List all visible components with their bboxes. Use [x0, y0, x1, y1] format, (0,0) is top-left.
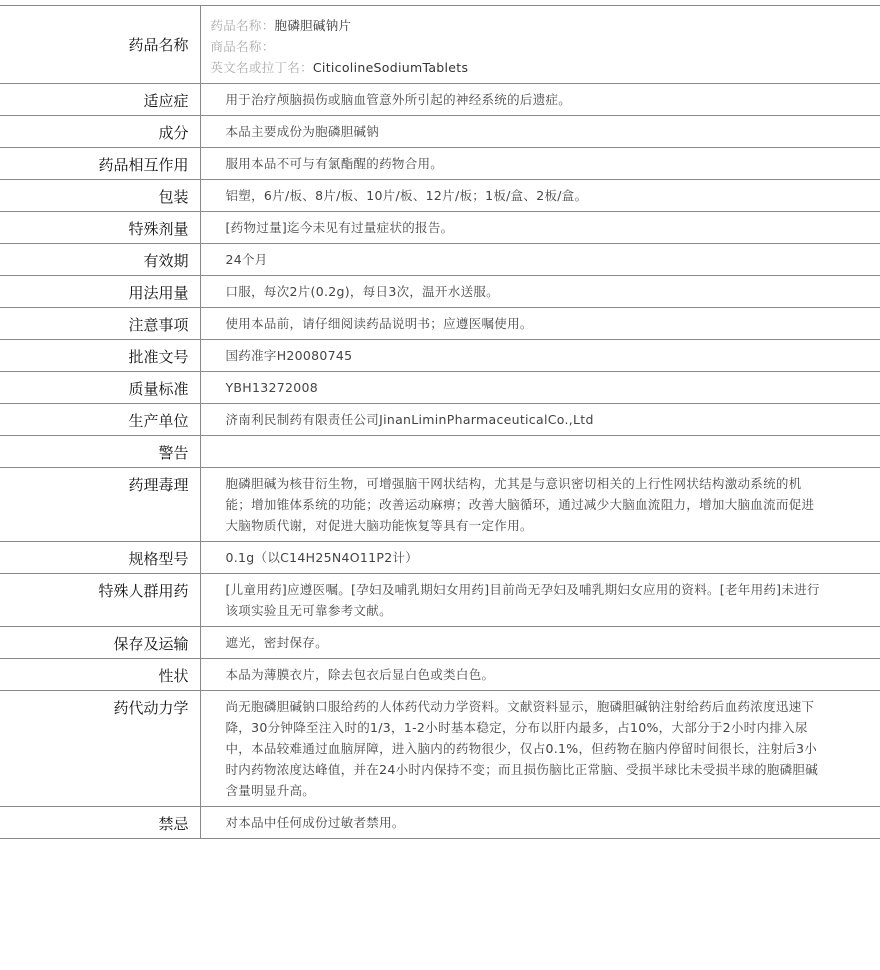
row-label: 包装 — [0, 180, 200, 212]
row-label: 注意事项 — [0, 308, 200, 340]
row-ingredients: 成分 本品主要成份为胞磷胆碱钠 — [0, 116, 880, 148]
row-value: 使用本品前，请仔细阅读药品说明书；应遵医嘱使用。 — [200, 308, 880, 340]
row-pharmacokinetics: 药代动力学 尚无胞磷胆碱钠口服给药的人体药代动力学资料。文献资料显示，胞磷胆碱钠… — [0, 691, 880, 807]
row-shelf-life: 有效期 24个月 — [0, 244, 880, 276]
row-label: 药代动力学 — [0, 691, 200, 807]
row-dosage: 用法用量 口服，每次2片(0.2g)，每日3次，温开水送服。 — [0, 276, 880, 308]
row-storage: 保存及运输 遮光，密封保存。 — [0, 627, 880, 659]
row-label: 适应症 — [0, 84, 200, 116]
row-warning: 警告 — [0, 436, 880, 468]
row-interactions: 药品相互作用 服用本品不可与有氯酯醒的药物合用。 — [0, 148, 880, 180]
row-label: 保存及运输 — [0, 627, 200, 659]
row-value: 胞磷胆碱为核苷衍生物，可增强脑干网状结构，尤其是与意识密切相关的上行性网状结构激… — [200, 468, 880, 542]
english-name-line: 英文名或拉丁名：CiticolineSodiumTablets — [211, 57, 821, 78]
row-precautions: 注意事项 使用本品前，请仔细阅读药品说明书；应遵医嘱使用。 — [0, 308, 880, 340]
row-value: [儿童用药]应遵医嘱。[孕妇及哺乳期妇女用药]目前尚无孕妇及哺乳期妇女应用的资料… — [200, 574, 880, 627]
row-pharmacology: 药理毒理 胞磷胆碱为核苷衍生物，可增强脑干网状结构，尤其是与意识密切相关的上行性… — [0, 468, 880, 542]
row-label: 生产单位 — [0, 404, 200, 436]
row-value: 用于治疗颅脑损伤或脑血管意外所引起的神经系统的后遗症。 — [200, 84, 880, 116]
row-value: 口服，每次2片(0.2g)，每日3次，温开水送服。 — [200, 276, 880, 308]
row-label: 规格型号 — [0, 542, 200, 574]
trade-name-key: 商品名称： — [211, 39, 275, 54]
row-value: 铝塑，6片/板、8片/板、10片/板、12片/板；1板/盒、2板/盒。 — [200, 180, 880, 212]
row-label: 药品相互作用 — [0, 148, 200, 180]
row-value: 24个月 — [200, 244, 880, 276]
drug-spec-table: 药品名称 药品名称：胞磷胆碱钠片 商品名称： 英文名或拉丁名：Citicolin… — [0, 5, 880, 839]
row-value: 济南利民制药有限责任公司JinanLiminPharmaceuticalCo.,… — [200, 404, 880, 436]
row-special-populations: 特殊人群用药 [儿童用药]应遵医嘱。[孕妇及哺乳期妇女用药]目前尚无孕妇及哺乳期… — [0, 574, 880, 627]
row-value: 对本品中任何成份过敏者禁用。 — [200, 807, 880, 839]
row-value: 药品名称：胞磷胆碱钠片 商品名称： 英文名或拉丁名：CiticolineSodi… — [200, 6, 880, 84]
label-text: 药品名称 — [128, 35, 188, 55]
english-name-value: CiticolineSodiumTablets — [313, 60, 468, 75]
row-value: 本品为薄膜衣片，除去包衣后显白色或类白色。 — [200, 659, 880, 691]
row-value: 遮光，密封保存。 — [200, 627, 880, 659]
row-value: 0.1g（以C14H25N4O11P2计） — [200, 542, 880, 574]
row-label: 用法用量 — [0, 276, 200, 308]
generic-name-key: 药品名称： — [211, 18, 275, 33]
row-description: 性状 本品为薄膜衣片，除去包衣后显白色或类白色。 — [0, 659, 880, 691]
generic-name-line: 药品名称：胞磷胆碱钠片 — [211, 15, 821, 36]
row-drug-name: 药品名称 药品名称：胞磷胆碱钠片 商品名称： 英文名或拉丁名：Citicolin… — [0, 6, 880, 84]
row-value: 本品主要成份为胞磷胆碱钠 — [200, 116, 880, 148]
row-value — [200, 436, 880, 468]
row-value: [药物过量]迄今未见有过量症状的报告。 — [200, 212, 880, 244]
row-specification: 规格型号 0.1g（以C14H25N4O11P2计） — [0, 542, 880, 574]
row-label: 成分 — [0, 116, 200, 148]
row-label: 批准文号 — [0, 340, 200, 372]
row-label: 质量标准 — [0, 372, 200, 404]
row-special-dosage: 特殊剂量 [药物过量]迄今未见有过量症状的报告。 — [0, 212, 880, 244]
row-label: 禁忌 — [0, 807, 200, 839]
row-label: 有效期 — [0, 244, 200, 276]
row-label: 警告 — [0, 436, 200, 468]
row-label: 特殊剂量 — [0, 212, 200, 244]
generic-name-value: 胞磷胆碱钠片 — [275, 18, 352, 33]
row-value: 尚无胞磷胆碱钠口服给药的人体药代动力学资料。文献资料显示，胞磷胆碱钠注射给药后血… — [200, 691, 880, 807]
row-label: 药理毒理 — [0, 468, 200, 542]
row-value: 服用本品不可与有氯酯醒的药物合用。 — [200, 148, 880, 180]
trade-name-line: 商品名称： — [211, 36, 821, 57]
row-manufacturer: 生产单位 济南利民制药有限责任公司JinanLiminPharmaceutica… — [0, 404, 880, 436]
row-value: 国药准字H20080745 — [200, 340, 880, 372]
row-quality-standard: 质量标准 YBH13272008 — [0, 372, 880, 404]
row-contraindications: 禁忌 对本品中任何成份过敏者禁用。 — [0, 807, 880, 839]
row-label: 性状 — [0, 659, 200, 691]
row-indications: 适应症 用于治疗颅脑损伤或脑血管意外所引起的神经系统的后遗症。 — [0, 84, 880, 116]
row-approval-number: 批准文号 国药准字H20080745 — [0, 340, 880, 372]
english-name-key: 英文名或拉丁名： — [211, 60, 313, 75]
row-label: 特殊人群用药 — [0, 574, 200, 627]
row-value: YBH13272008 — [200, 372, 880, 404]
row-label: 药品名称 — [0, 6, 200, 84]
row-packaging: 包装 铝塑，6片/板、8片/板、10片/板、12片/板；1板/盒、2板/盒。 — [0, 180, 880, 212]
